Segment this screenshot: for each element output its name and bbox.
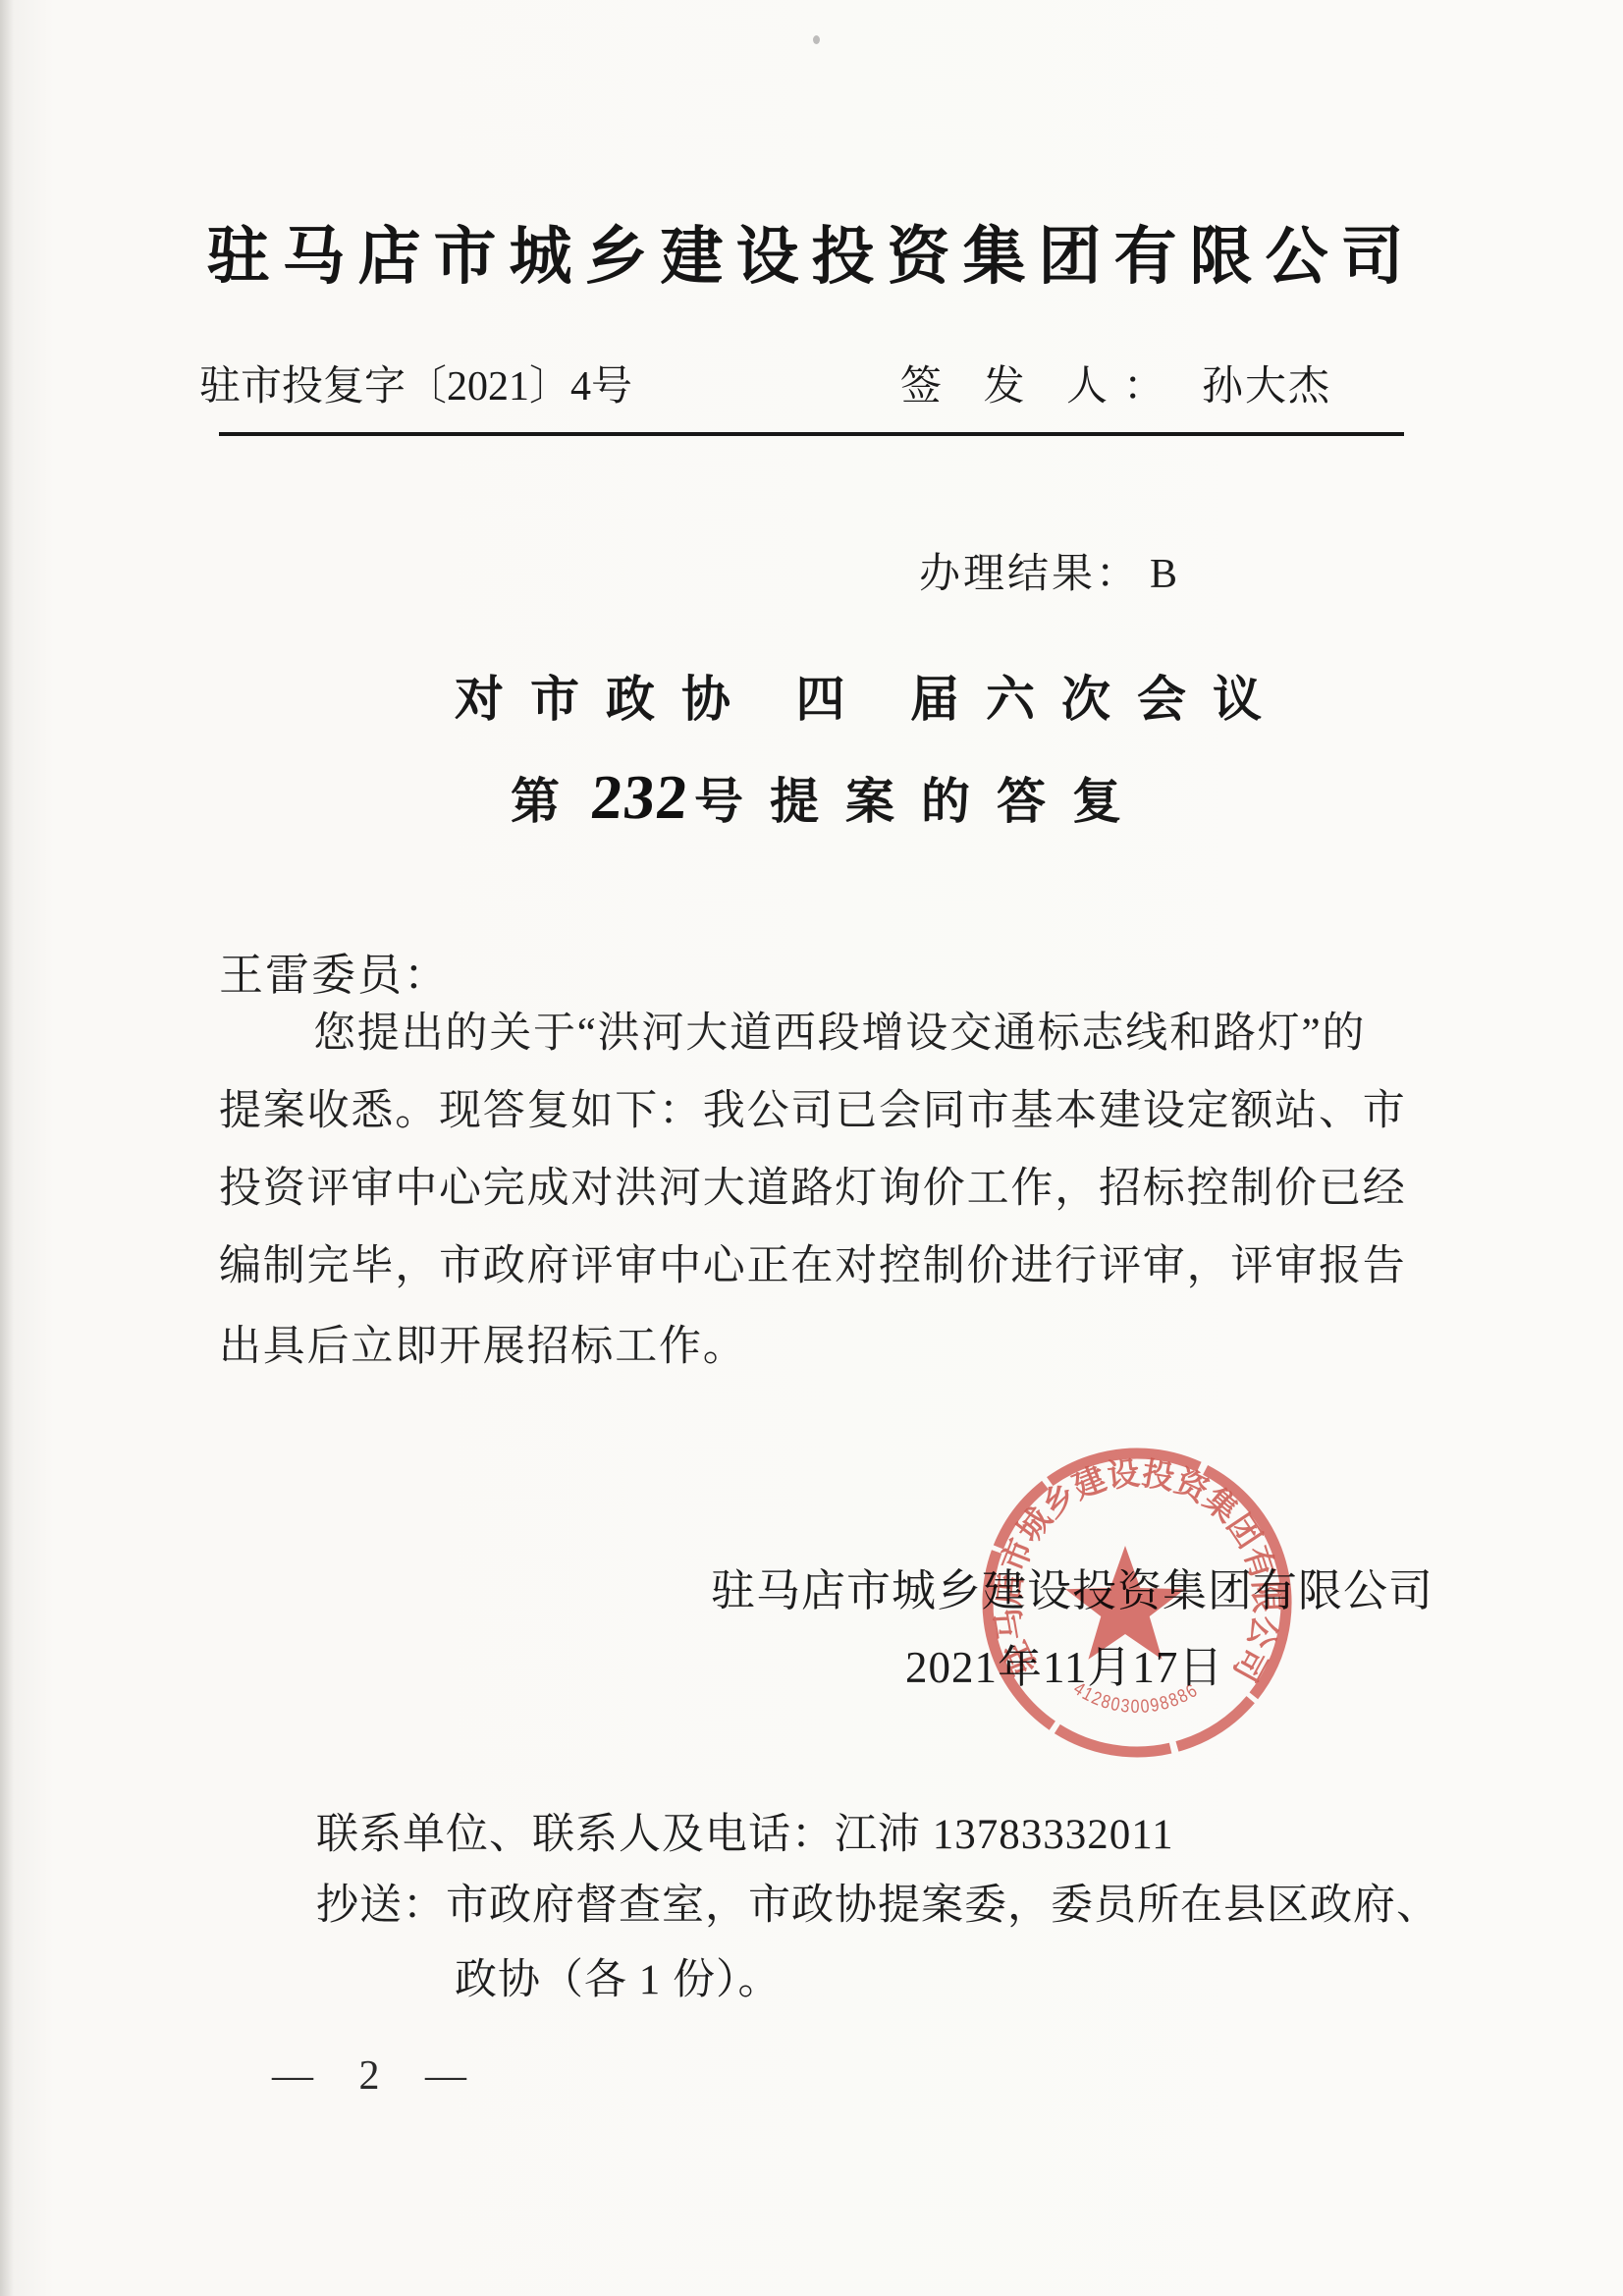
header-divider-rule bbox=[219, 432, 1404, 436]
signer-row: 签 发 人：孙大杰 bbox=[900, 354, 1331, 412]
body-line: 出具后立即开展招标工作。 bbox=[219, 1313, 1456, 1373]
handling-result: 办理结果：B bbox=[919, 541, 1180, 600]
doc-number: 驻市投复字〔2021〕4号 bbox=[199, 354, 632, 412]
scan-speck bbox=[813, 35, 820, 44]
seal-star-icon bbox=[1065, 1546, 1185, 1660]
doc-title-line2-prefix: 第 bbox=[511, 762, 560, 833]
body-line: 提案收悉。现答复如下：我公司已会同市基本建设定额站、市 bbox=[219, 1077, 1456, 1137]
official-red-seal: 驻马店市城乡建设投资集团有限公司 4128030098886 bbox=[970, 1436, 1304, 1770]
doc-title-line1: 对市政协 四 届六次会议 bbox=[455, 660, 1288, 731]
svg-text:4128030098886: 4128030098886 bbox=[1069, 1678, 1202, 1718]
cc-line-1: 抄送：市政府督查室，市政协提案委，委员所在县区政府、 bbox=[316, 1872, 1439, 1932]
contact-line: 联系单位、联系人及电话：江沛 13783332011 bbox=[316, 1801, 1174, 1861]
body-line: 您提出的关于“洪河大道西段增设交通标志线和路灯”的 bbox=[219, 1000, 1550, 1060]
page-number: — 2 — bbox=[272, 2052, 484, 2100]
scan-edge-shadow bbox=[0, 0, 14, 2296]
body-line: 投资评审中心完成对洪河大道路灯询价工作，招标控制价已经 bbox=[219, 1155, 1456, 1215]
cc-line-2: 政协（各 1 份）。 bbox=[455, 1946, 782, 2006]
proposal-number: 232 bbox=[588, 761, 691, 834]
handling-result-value: B bbox=[1150, 552, 1180, 597]
signer-name: 孙大杰 bbox=[1202, 364, 1331, 410]
scanned-official-document: 驻马店市城乡建设投资集团有限公司 驻市投复字〔2021〕4号 签 发 人：孙大杰… bbox=[0, 0, 1623, 2296]
doc-title-line2: 第 232 号提案的答复 bbox=[511, 761, 1148, 834]
org-title: 驻马店市城乡建设投资集团有限公司 bbox=[0, 206, 1623, 297]
salutation: 王雷委员： bbox=[219, 939, 450, 1003]
doc-title-line2-suffix: 号提案的答复 bbox=[694, 762, 1148, 833]
handling-result-label: 办理结果： bbox=[919, 552, 1140, 597]
body-line: 编制完毕，市政府评审中心正在对控制价进行评审，评审报告 bbox=[219, 1232, 1456, 1292]
signer-label: 签 发 人： bbox=[900, 364, 1180, 410]
seal-number-text: 4128030098886 bbox=[1069, 1678, 1202, 1718]
